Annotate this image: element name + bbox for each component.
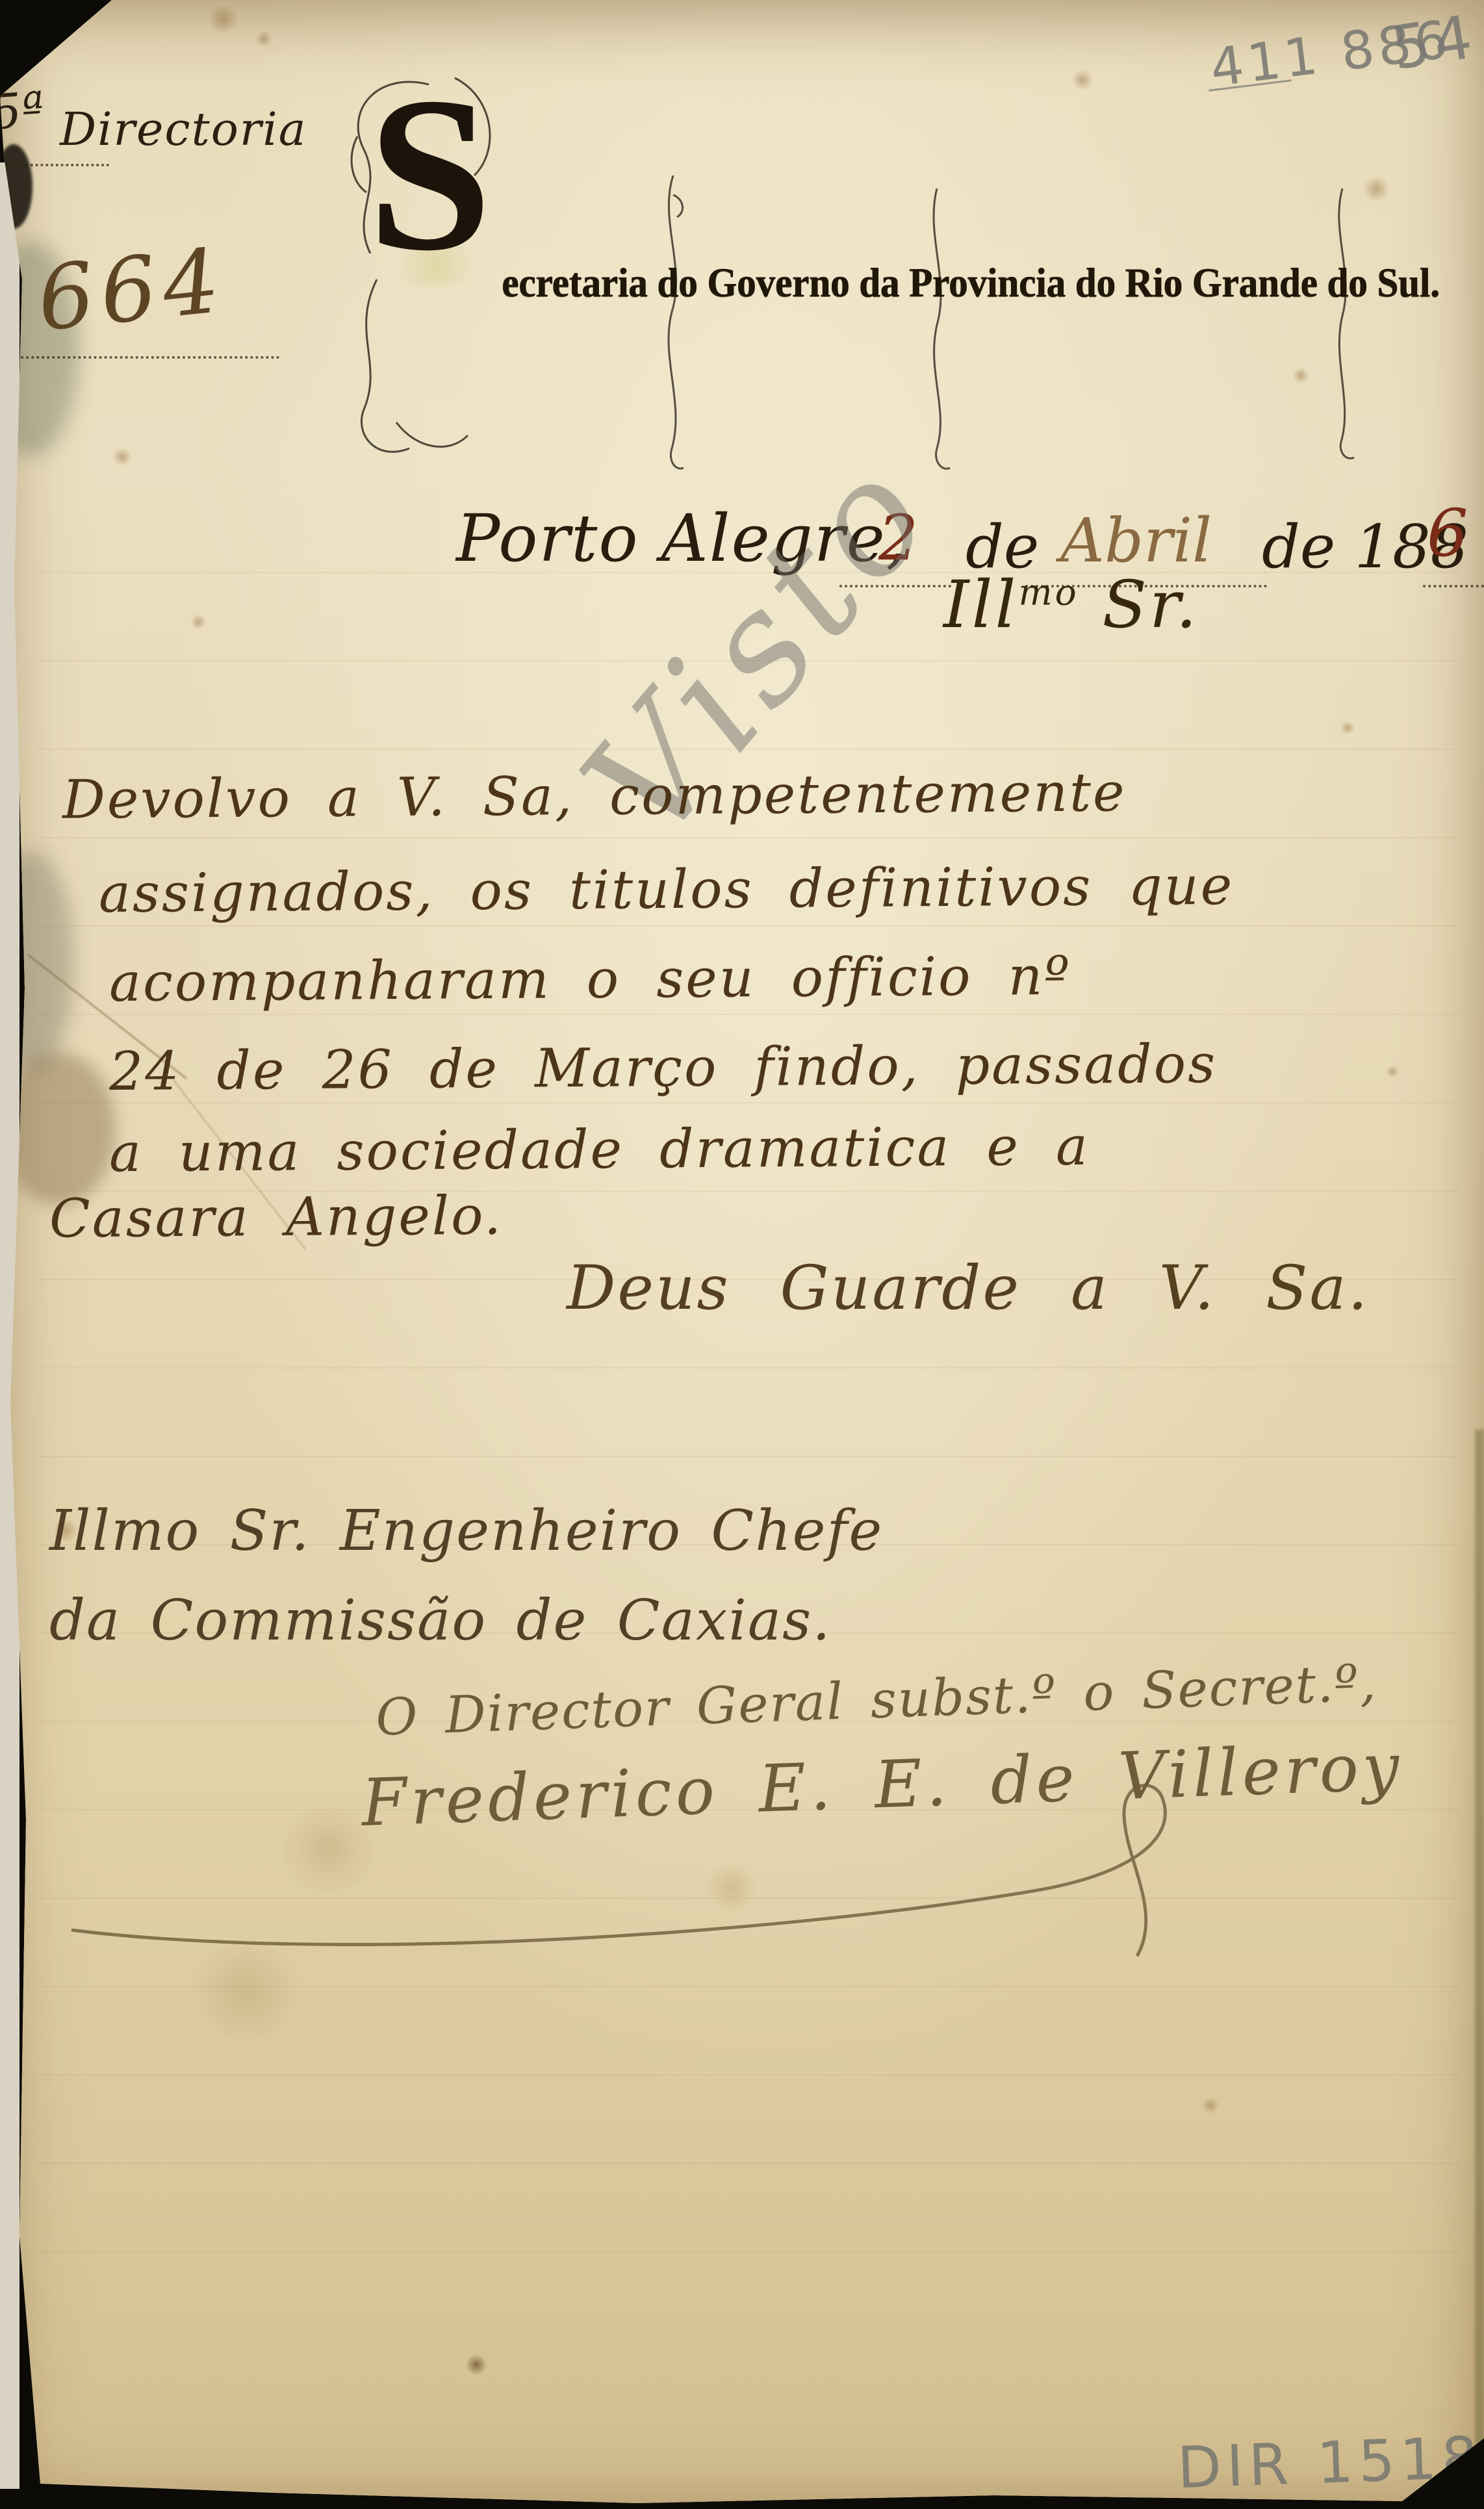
archival-scan-stage: 5ª Directoria 664 — [0, 0, 1484, 2509]
stain-spot — [1385, 1066, 1400, 1077]
letterhead-flourish-vine — [915, 188, 960, 474]
signature-title: O Director Geral subst.º o Secret.º, — [375, 1654, 1378, 1747]
stain-spot — [207, 5, 240, 32]
dotted-line — [0, 356, 279, 359]
stain-spot — [190, 615, 207, 629]
stain-pale — [182, 1943, 312, 2040]
letterhead-flourish-vine — [1319, 188, 1364, 461]
salutation-rest: Sr. — [1079, 567, 1199, 643]
stain-dark — [467, 2354, 486, 2376]
addressee-line-1: Illmo Sr. Engenheiro Chefe — [49, 1499, 883, 1563]
directoria-label: Directoria — [60, 103, 307, 156]
signature-name: Frederico E. E. de Villeroy — [360, 1729, 1404, 1841]
dotted-line — [0, 164, 109, 166]
letter-page: 5ª Directoria 664 — [0, 0, 1484, 2509]
registry-number: 664 — [33, 229, 231, 351]
edge-discoloration — [1475, 1430, 1484, 2443]
dateline-year-digit: 6 — [1427, 495, 1468, 571]
stain-spot — [1340, 721, 1355, 734]
body-line: Casara Angelo. — [49, 1185, 504, 1250]
valediction: Deus Guarde a V. Sa. — [567, 1253, 1369, 1324]
stain-spot — [1201, 2098, 1220, 2113]
stain-spot — [112, 448, 133, 465]
stain-spot — [255, 31, 273, 47]
dotted-line — [1423, 585, 1484, 587]
stain-pale — [702, 1865, 760, 1911]
addressee-line-2: da Commissão de Caxias. — [49, 1588, 832, 1653]
directoria-number: 5ª — [0, 81, 46, 141]
body-line: Devolvo a V. Sa, competentemente — [62, 762, 1127, 830]
salutation-base: Ill — [943, 567, 1018, 643]
archive-code-pencil: DIR 1518 — [1176, 2424, 1484, 2501]
body-line: acompanharam o seu officio nº — [109, 946, 1072, 1014]
letterhead-title: ecretaria do Governo da Provincia do Rio… — [502, 259, 1440, 307]
body-line: 24 de 26 de Março findo, passados — [109, 1033, 1218, 1103]
stain-spot — [1071, 70, 1094, 90]
salutation-superscript: mo — [1018, 572, 1079, 613]
pencil-number-2: 54 — [1387, 2, 1480, 84]
salutation: Illmo Sr. — [943, 567, 1199, 643]
stain-spot — [1362, 177, 1390, 201]
dateline-month: Abril — [1060, 506, 1212, 576]
body-line: a uma sociedade dramatica e a — [109, 1116, 1090, 1185]
body-line: assignados, os titulos definitivos que — [99, 855, 1235, 925]
letterhead-initial: S — [368, 64, 491, 285]
stain-spot — [1292, 368, 1310, 383]
letterhead-flourish-vine — [650, 175, 695, 474]
